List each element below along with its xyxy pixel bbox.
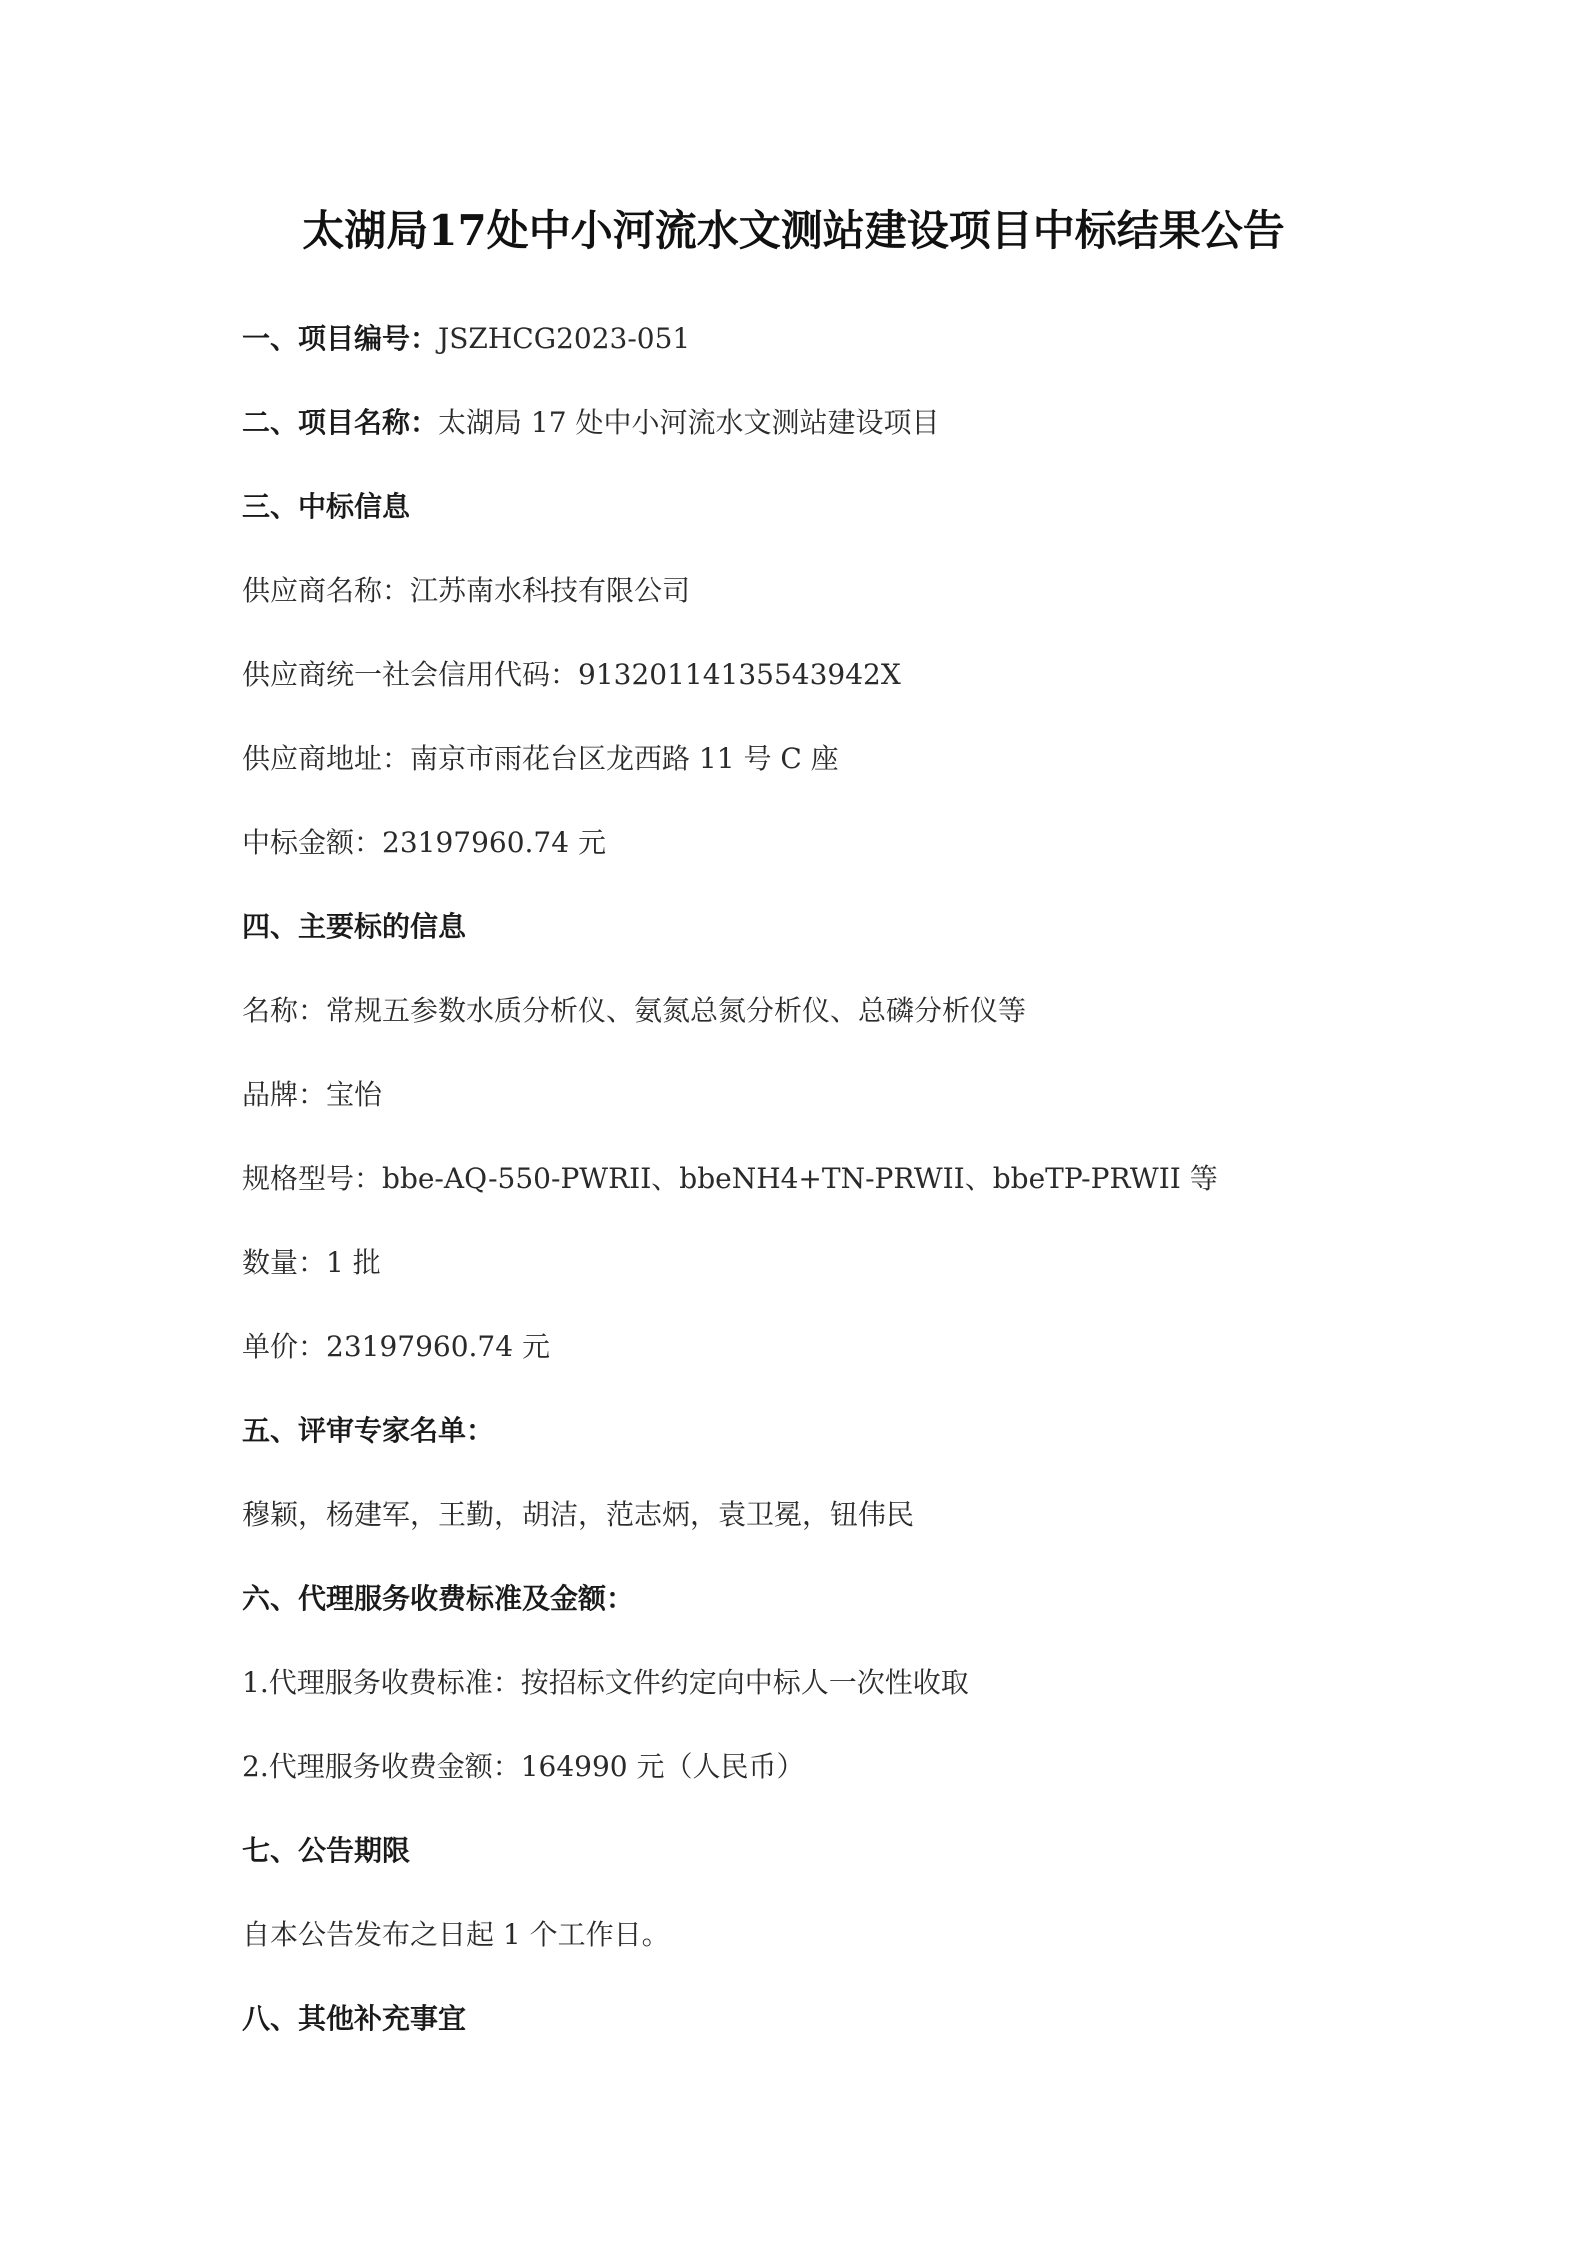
quantity-value: 1 批 [326, 1246, 381, 1279]
experts-heading: 五、评审专家名单： [242, 1412, 1362, 1496]
agency-fee-amount-label: 2.代理服务收费金额： [242, 1750, 521, 1783]
credit-code-value: 91320114135543942X [578, 658, 901, 691]
model-value: bbe-AQ-550-PWRII、bbeNH4+TN-PRWII、bbeTP-P… [382, 1162, 1218, 1195]
agency-fee-amount-line: 2.代理服务收费金额：164990 元（人民币） [242, 1748, 1362, 1832]
subject-name-line: 名称：常规五参数水质分析仪、氨氮总氮分析仪、总磷分析仪等 [242, 992, 1362, 1076]
document-body: 一、项目编号：JSZHCG2023-051 二、项目名称：太湖局 17 处中小河… [242, 320, 1362, 2084]
winning-amount-label: 中标金额： [242, 826, 382, 859]
model-line: 规格型号：bbe-AQ-550-PWRII、bbeNH4+TN-PRWII、bb… [242, 1160, 1362, 1244]
experts-list: 穆颖，杨建军，王勤，胡洁，范志炳，袁卫冕，钮伟民 [242, 1496, 1362, 1580]
subject-name-value: 常规五参数水质分析仪、氨氮总氮分析仪、总磷分析仪等 [326, 994, 1026, 1027]
brand-value: 宝怡 [326, 1078, 382, 1111]
document-page: 太湖局17处中小河流水文测站建设项目中标结果公告 一、项目编号：JSZHCG20… [0, 0, 1587, 2245]
model-label: 规格型号： [242, 1162, 382, 1195]
supplier-address-line: 供应商地址：南京市雨花台区龙西路 11 号 C 座 [242, 740, 1362, 824]
winning-amount-line: 中标金额：23197960.74 元 [242, 824, 1362, 908]
notice-period-text: 自本公告发布之日起 1 个工作日。 [242, 1916, 1362, 2000]
winning-amount-value: 23197960.74 元 [382, 826, 606, 859]
quantity-label: 数量： [242, 1246, 326, 1279]
project-name-line: 二、项目名称：太湖局 17 处中小河流水文测站建设项目 [242, 404, 1362, 488]
brand-line: 品牌：宝怡 [242, 1076, 1362, 1160]
agency-fee-standard-label: 1.代理服务收费标准： [242, 1666, 521, 1699]
credit-code-line: 供应商统一社会信用代码：91320114135543942X [242, 656, 1362, 740]
project-number-line: 一、项目编号：JSZHCG2023-051 [242, 320, 1362, 404]
brand-label: 品牌： [242, 1078, 326, 1111]
subject-name-label: 名称： [242, 994, 326, 1027]
agency-fee-amount-value: 164990 元（人民币） [521, 1750, 805, 1783]
unit-price-value: 23197960.74 元 [326, 1330, 550, 1363]
project-name-value: 太湖局 17 处中小河流水文测站建设项目 [438, 406, 939, 439]
subject-info-heading: 四、主要标的信息 [242, 908, 1362, 992]
unit-price-line: 单价：23197960.74 元 [242, 1328, 1362, 1412]
supplier-name-line: 供应商名称：江苏南水科技有限公司 [242, 572, 1362, 656]
winning-info-heading: 三、中标信息 [242, 488, 1362, 572]
page-title: 太湖局17处中小河流水文测站建设项目中标结果公告 [0, 203, 1587, 259]
unit-price-label: 单价： [242, 1330, 326, 1363]
supplier-address-value: 南京市雨花台区龙西路 11 号 C 座 [410, 742, 839, 775]
other-matters-heading: 八、其他补充事宜 [242, 2000, 1362, 2084]
agency-fee-standard-line: 1.代理服务收费标准：按招标文件约定向中标人一次性收取 [242, 1664, 1362, 1748]
agency-fee-heading: 六、代理服务收费标准及金额： [242, 1580, 1362, 1664]
supplier-name-label: 供应商名称： [242, 574, 410, 607]
project-number-value: JSZHCG2023-051 [438, 322, 690, 355]
project-name-label: 二、项目名称： [242, 406, 438, 439]
supplier-name-value: 江苏南水科技有限公司 [410, 574, 690, 607]
notice-period-heading: 七、公告期限 [242, 1832, 1362, 1916]
project-number-label: 一、项目编号： [242, 322, 438, 355]
agency-fee-standard-value: 按招标文件约定向中标人一次性收取 [521, 1666, 969, 1699]
quantity-line: 数量：1 批 [242, 1244, 1362, 1328]
credit-code-label: 供应商统一社会信用代码： [242, 658, 578, 691]
supplier-address-label: 供应商地址： [242, 742, 410, 775]
